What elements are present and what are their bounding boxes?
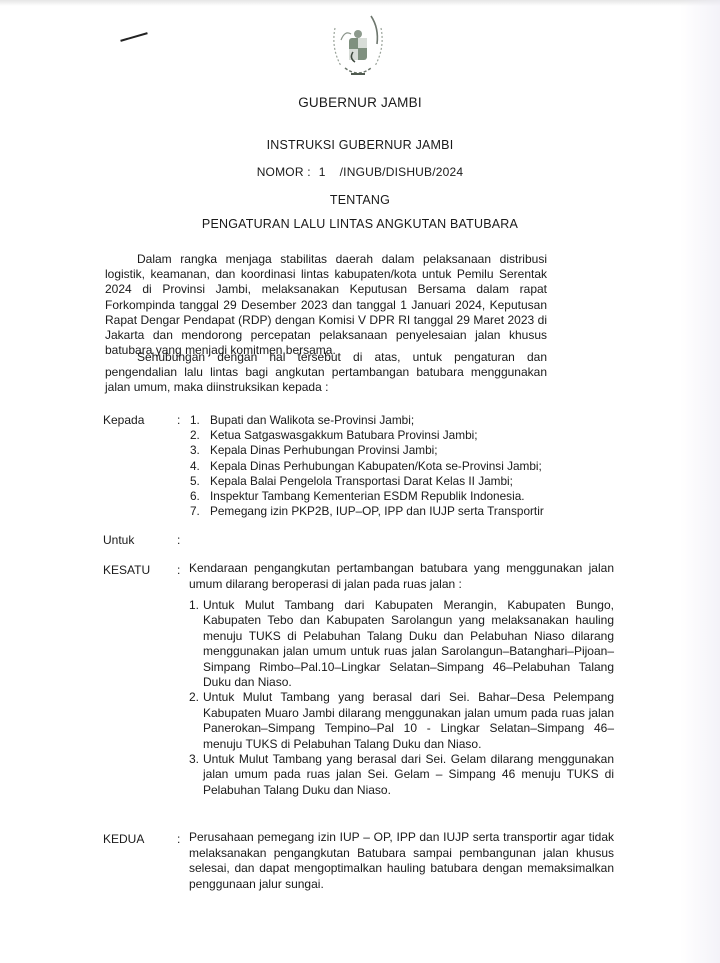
office-title: GUBERNUR JAMBI — [0, 95, 720, 110]
kepada-label: Kepada — [103, 413, 144, 427]
list-item: 3.Kepala Dinas Perhubungan Provinsi Jamb… — [190, 443, 544, 458]
list-item: 1.Untuk Mulut Tambang dari Kabupaten Mer… — [189, 598, 614, 690]
garuda-emblem-icon — [327, 8, 389, 86]
kesatu-list: 1.Untuk Mulut Tambang dari Kabupaten Mer… — [189, 598, 614, 798]
list-item: 7.Pemegang izin PKP2B, IUP–OP, IPP dan I… — [190, 504, 544, 519]
subject-title: PENGATURAN LALU LINTAS ANGKUTAN BATUBARA — [0, 217, 720, 231]
kepada-colon: : — [177, 413, 180, 427]
kedua-label: KEDUA — [103, 832, 144, 846]
list-item: 2.Untuk Mulut Tambang yang berasal dari … — [189, 690, 614, 752]
kesatu-text: Kendaraan pengangkutan pertambangan batu… — [189, 561, 614, 592]
list-item: 4.Kepala Dinas Perhubungan Kabupaten/Kot… — [190, 459, 544, 474]
document-number: NOMOR :1/INGUB/DISHUB/2024 — [0, 165, 720, 179]
kesatu-label: KESATU — [103, 563, 150, 577]
list-item: 2.Ketua Satgaswasgakkum Batubara Provins… — [190, 428, 544, 443]
untuk-colon: : — [177, 533, 180, 547]
number-label: NOMOR : — [257, 165, 311, 179]
kesatu-colon: : — [177, 563, 180, 577]
document-type: INSTRUKSI GUBERNUR JAMBI — [0, 138, 720, 152]
tentang-heading: TENTANG — [0, 193, 720, 207]
pen-mark — [120, 32, 147, 42]
preamble-paragraph-1: Dalam rangka menjaga stabilitas daerah d… — [105, 252, 547, 358]
preamble-paragraph-2: Sehubungan dengan hal tersebut di atas, … — [105, 350, 547, 396]
list-item: 3.Untuk Mulut Tambang yang berasal dari … — [189, 752, 614, 798]
list-item: 5.Kepala Balai Pengelola Transportasi Da… — [190, 474, 544, 489]
list-item: 1.Bupati dan Walikota se-Provinsi Jambi; — [190, 413, 544, 428]
number-suffix: /INGUB/DISHUB/2024 — [340, 165, 464, 179]
number-value: 1 — [319, 165, 326, 179]
kedua-colon: : — [177, 832, 180, 846]
page-top-shadow — [0, 0, 720, 6]
kepada-list: 1.Bupati dan Walikota se-Provinsi Jambi;… — [190, 413, 544, 519]
kedua-text: Perusahaan pemegang izin IUP – OP, IPP d… — [189, 830, 614, 892]
list-item: 6.Inspektur Tambang Kementerian ESDM Rep… — [190, 489, 544, 504]
untuk-label: Untuk — [103, 533, 134, 547]
